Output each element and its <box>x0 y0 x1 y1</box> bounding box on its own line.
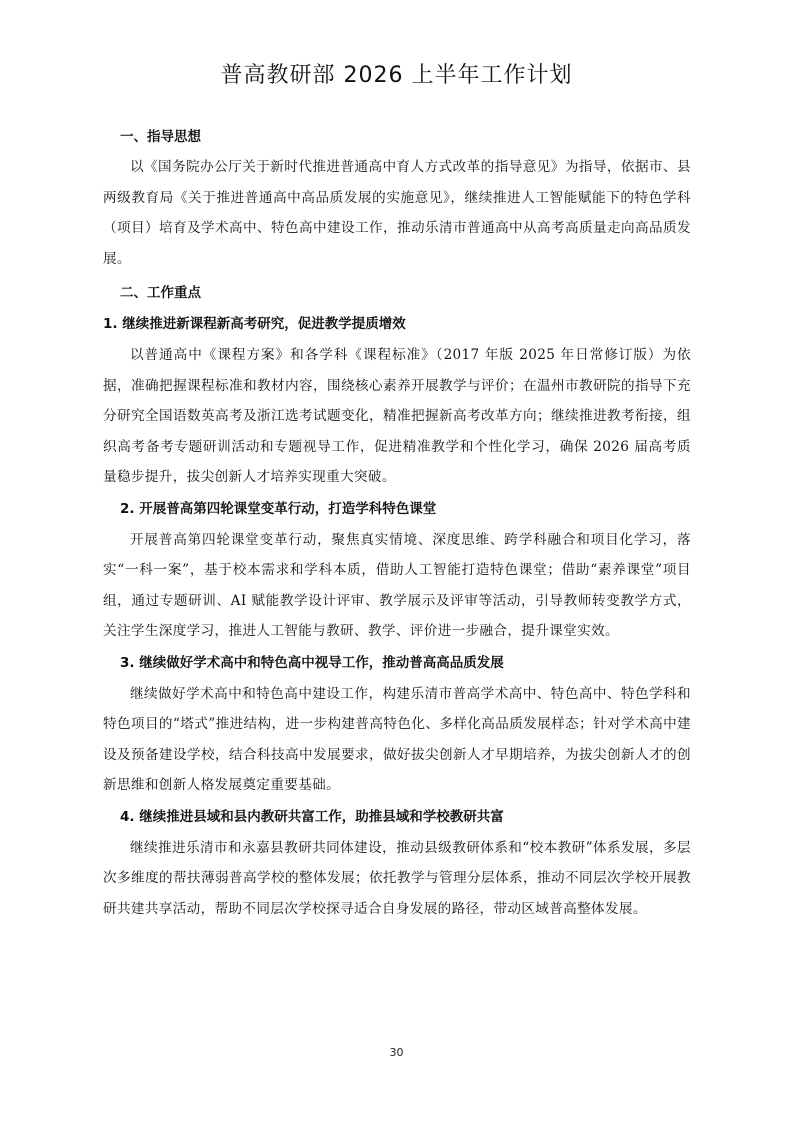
item-paragraph-3: 继续做好学术高中和特色高中建设工作，构建乐清市普高学术高中、特色高中、特色学科和… <box>103 679 691 801</box>
section-heading-work-focus: 二、工作重点 <box>120 278 691 308</box>
section-heading-guiding-thought: 一、指导思想 <box>120 122 691 152</box>
item-heading-1: 1. 继续推进新课程新高考研究，促进教学提质增效 <box>103 308 691 340</box>
document-title: 普高教研部 2026 上半年工作计划 <box>0 58 793 89</box>
item-heading-3: 3. 继续做好学术高中和特色高中视导工作，推动普高高品质发展 <box>120 647 691 679</box>
item-paragraph-1: 以普通高中《课程方案》和各学科《课程标准》（2017 年版 2025 年日常修订… <box>103 340 691 493</box>
page-number: 30 <box>0 1046 793 1059</box>
item-heading-2: 2. 开展普高第四轮课堂变革行动，打造学科特色课堂 <box>120 493 691 525</box>
item-paragraph-2: 开展普高第四轮课堂变革行动，聚焦真实情境、深度思维、跨学科融合和项目化学习，落实… <box>103 525 691 647</box>
document-body: 一、指导思想 以《国务院办公厅关于新时代推进普通高中育人方式改革的指导意见》为指… <box>103 122 691 924</box>
document-page: 普高教研部 2026 上半年工作计划 一、指导思想 以《国务院办公厅关于新时代推… <box>0 0 793 1122</box>
item-paragraph-4: 继续推进乐清市和永嘉县教研共同体建设，推动县级教研体系和“校本教研”体系发展，多… <box>103 833 691 925</box>
paragraph-guiding-thought: 以《国务院办公厅关于新时代推进普通高中育人方式改革的指导意见》为指导，依据市、县… <box>103 152 691 274</box>
item-heading-4: 4. 继续推进县域和县内教研共富工作，助推县域和学校教研共富 <box>120 801 691 833</box>
